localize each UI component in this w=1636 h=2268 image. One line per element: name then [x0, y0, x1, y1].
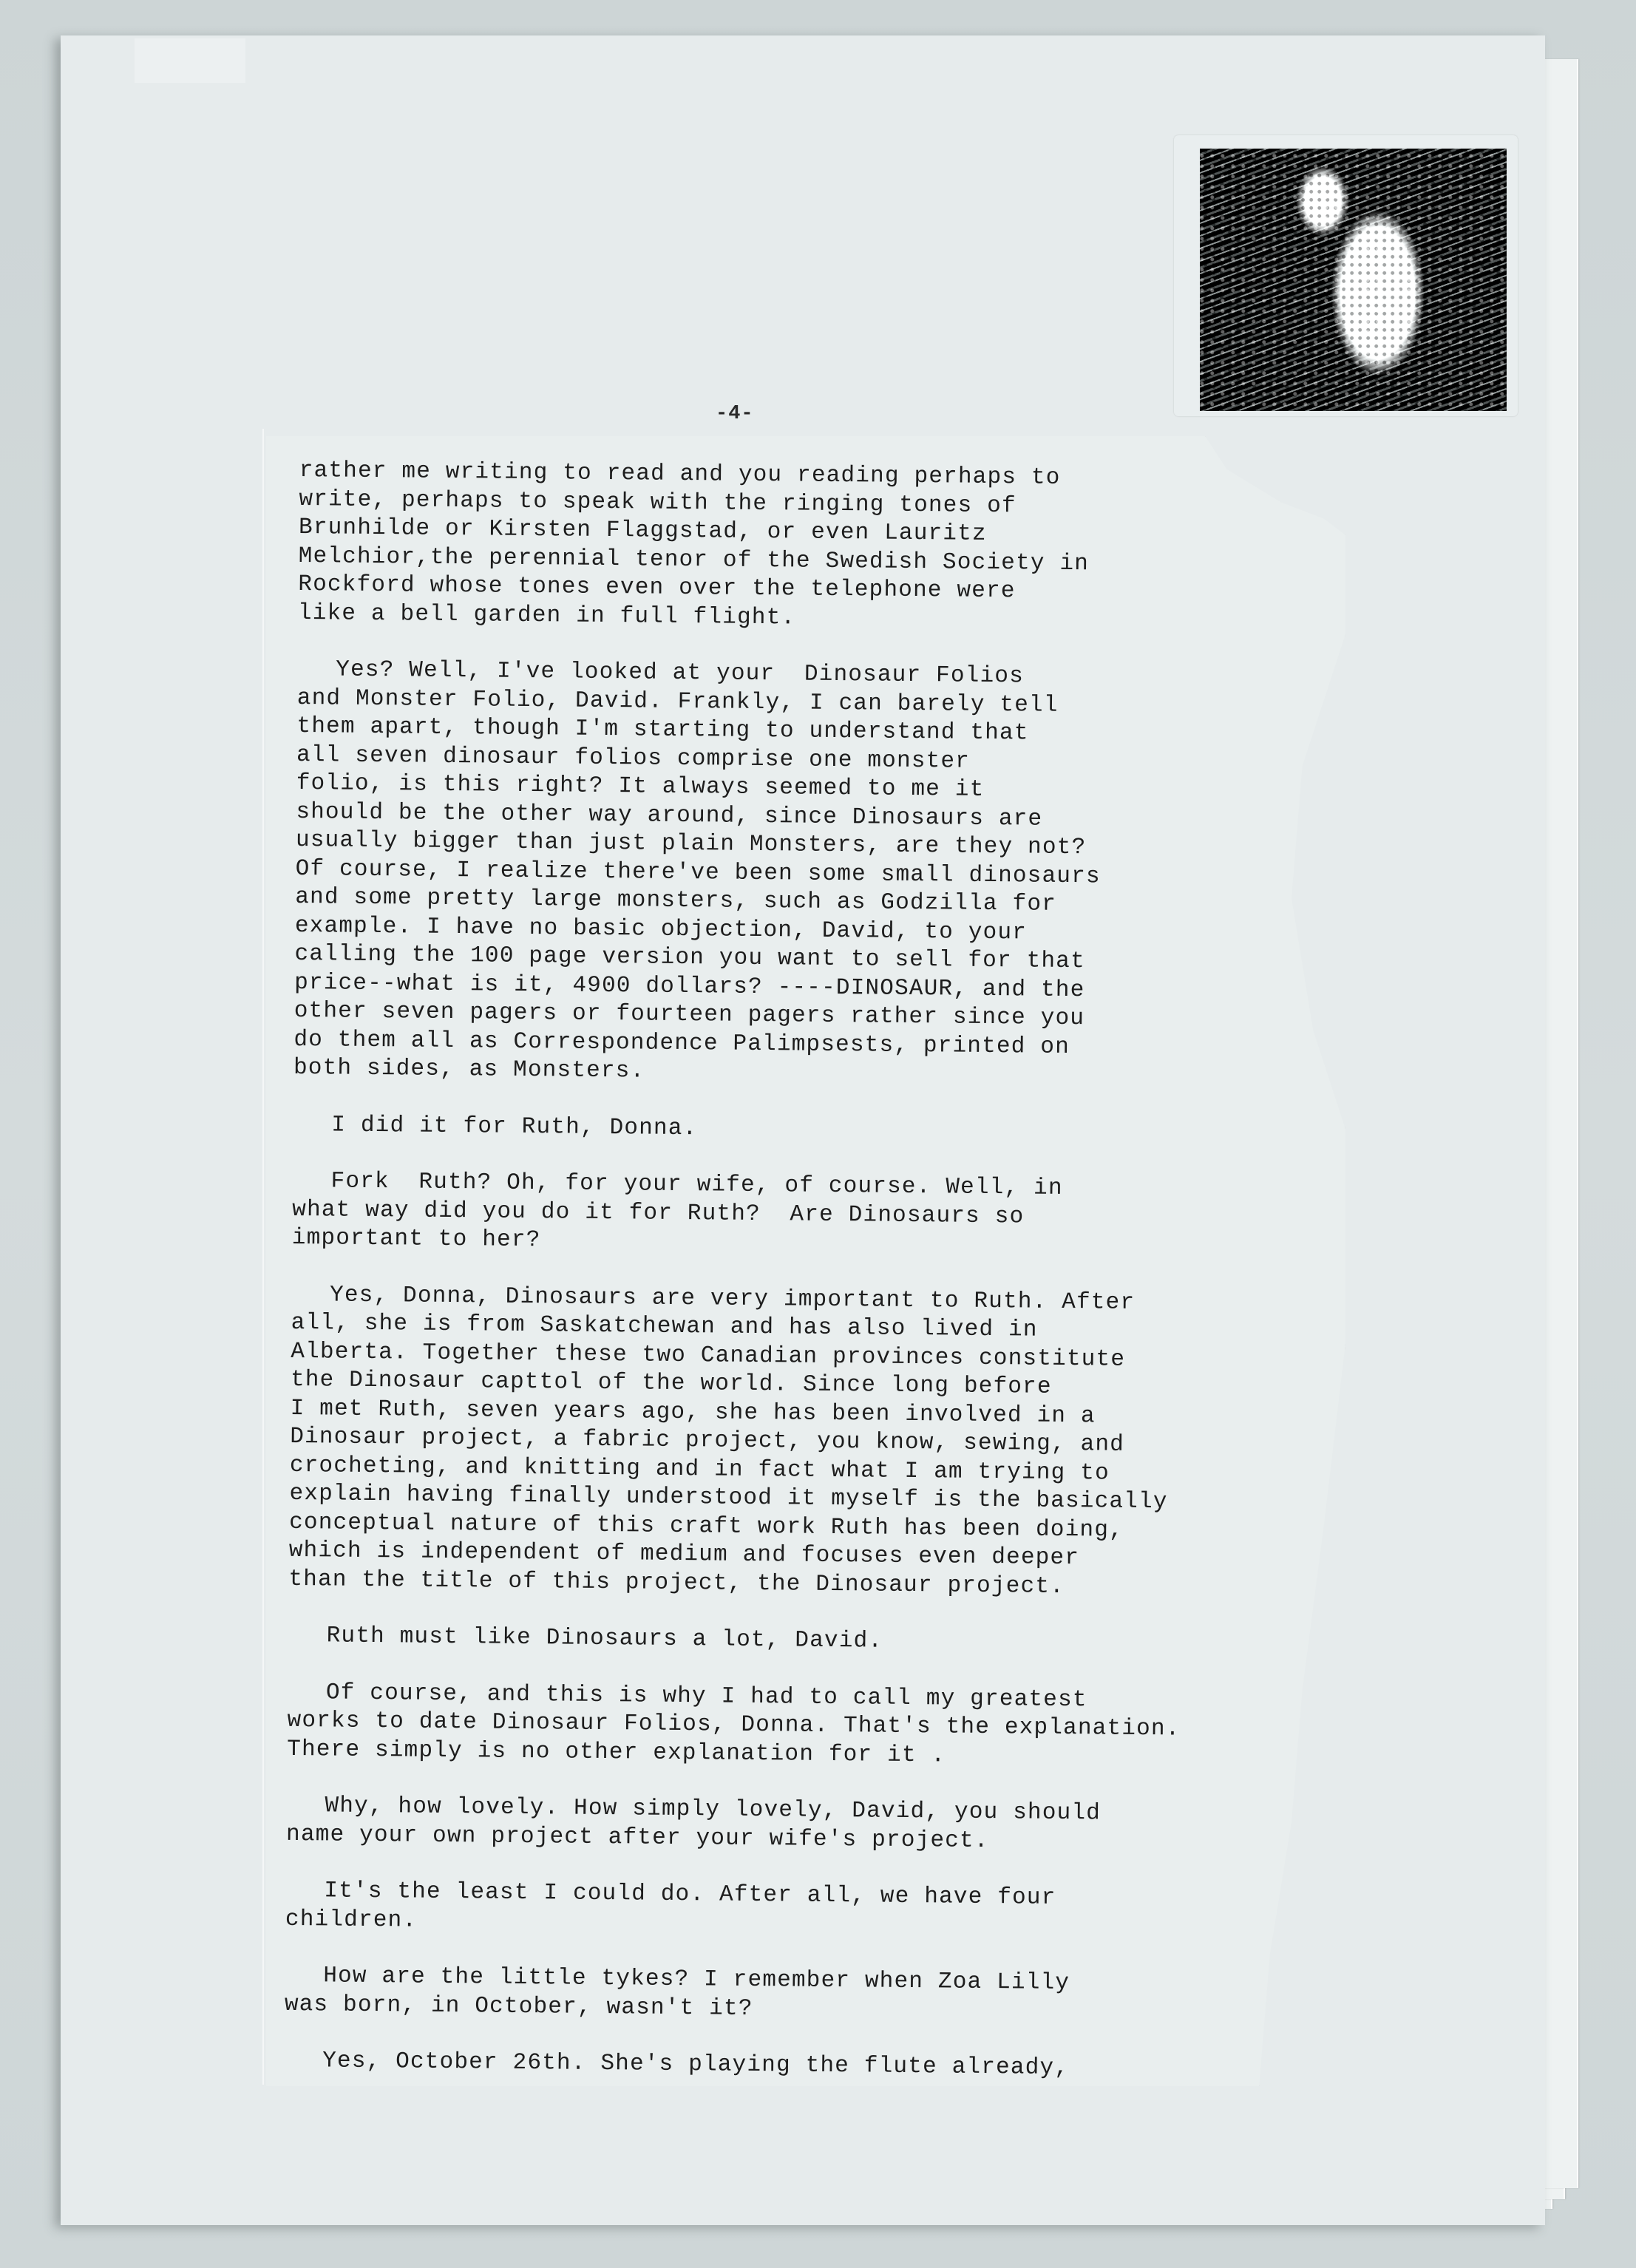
- halftone-photo: [1200, 149, 1507, 411]
- paragraph: How are the little tykes? I remember whe…: [285, 1962, 1320, 2028]
- text-line: I did it for Ruth, Donna.: [293, 1110, 1328, 1149]
- typed-letter-text: rather me writing to read and you readin…: [284, 457, 1334, 2113]
- text-line: Yes, October 26th. She's playing the flu…: [284, 2047, 1319, 2085]
- paragraph: I did it for Ruth, Donna.: [293, 1110, 1328, 1149]
- text-line: Ruth must like Dinosaurs a lot, David.: [288, 1622, 1323, 1660]
- paragraph: Fork Ruth? Oh, for your wife, of course.…: [292, 1167, 1328, 1263]
- paragraph: Ruth must like Dinosaurs a lot, David.: [288, 1622, 1323, 1660]
- paragraph: It's the least I could do. After all, we…: [285, 1877, 1321, 1943]
- light-reflection: [135, 38, 245, 83]
- paper-edge: [262, 429, 264, 2085]
- paragraph: Yes? Well, I've looked at your Dinosaur …: [293, 656, 1332, 1093]
- paragraph: Yes, October 26th. She's playing the flu…: [284, 2047, 1319, 2085]
- paragraph: Why, how lovely. How simply lovely, Davi…: [286, 1792, 1322, 1858]
- paragraph: Of course, and this is why I had to call…: [287, 1678, 1323, 1773]
- photo-cutout: [1174, 135, 1518, 416]
- paragraph: Yes, Donna, Dinosaurs are very important…: [288, 1280, 1326, 1603]
- paragraph: rather me writing to read and you readin…: [298, 457, 1334, 637]
- page-number: -4-: [716, 403, 754, 425]
